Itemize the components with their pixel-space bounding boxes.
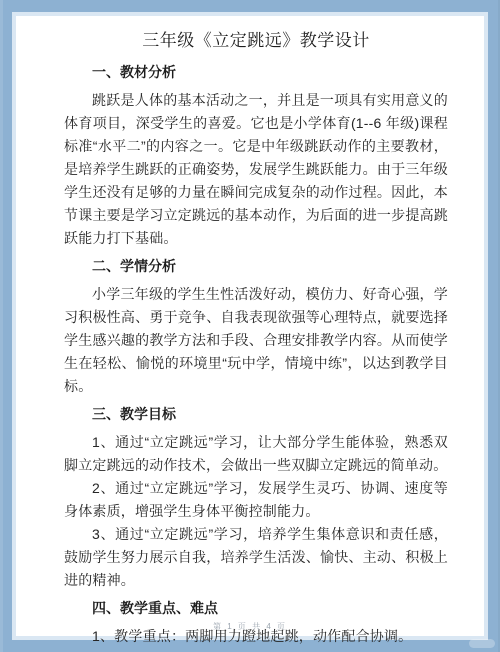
- section-textbook-analysis: 一、教材分析 跳跃是人体的基本活动之一，并且是一项具有实用意义的体育项目，深受学…: [64, 61, 448, 250]
- page-number: 第 1 页 共 4 页: [16, 621, 484, 632]
- paragraph: 小学三年级的学生生性活泼好动，模仿力、好奇心强，学习积极性高、勇于竞争、自我表现…: [64, 283, 448, 398]
- document-page: 三年级《立定跳远》教学设计 一、教材分析 跳跃是人体的基本活动之一，并且是一项具…: [12, 12, 488, 640]
- page-frame: 三年级《立定跳远》教学设计 一、教材分析 跳跃是人体的基本活动之一，并且是一项具…: [0, 0, 500, 652]
- section-heading: 一、教材分析: [92, 61, 448, 84]
- paragraph: 1、通过“立定跳远”学习，让大部分学生能体验，熟悉双脚立定跳远的动作技术，会做出…: [64, 431, 448, 477]
- section-teaching-objectives: 三、教学目标 1、通过“立定跳远”学习，让大部分学生能体验，熟悉双脚立定跳远的动…: [64, 403, 448, 592]
- section-learner-analysis: 二、学情分析 小学三年级的学生生性活泼好动，模仿力、好奇心强，学习积极性高、勇于…: [64, 255, 448, 398]
- section-heading: 三、教学目标: [92, 403, 448, 426]
- section-heading: 四、教学重点、难点: [92, 597, 448, 620]
- paragraph: 3、通过“立定跳远”学习，培养学生集体意识和责任感，鼓励学生努力展示自我，培养学…: [64, 523, 448, 592]
- section-heading: 二、学情分析: [92, 255, 448, 278]
- paragraph: 跳跃是人体的基本活动之一，并且是一项具有实用意义的体育项目，深受学生的喜爱。它也…: [64, 89, 448, 250]
- document-content: 三年级《立定跳远》教学设计 一、教材分析 跳跃是人体的基本活动之一，并且是一项具…: [16, 16, 484, 648]
- paragraph: 2、通过“立定跳远”学习，发展学生灵巧、协调、速度等身体素质，增强学生身体平衡控…: [64, 477, 448, 523]
- doc-title: 三年级《立定跳远》教学设计: [64, 26, 448, 56]
- watermark-blob: [469, 639, 495, 648]
